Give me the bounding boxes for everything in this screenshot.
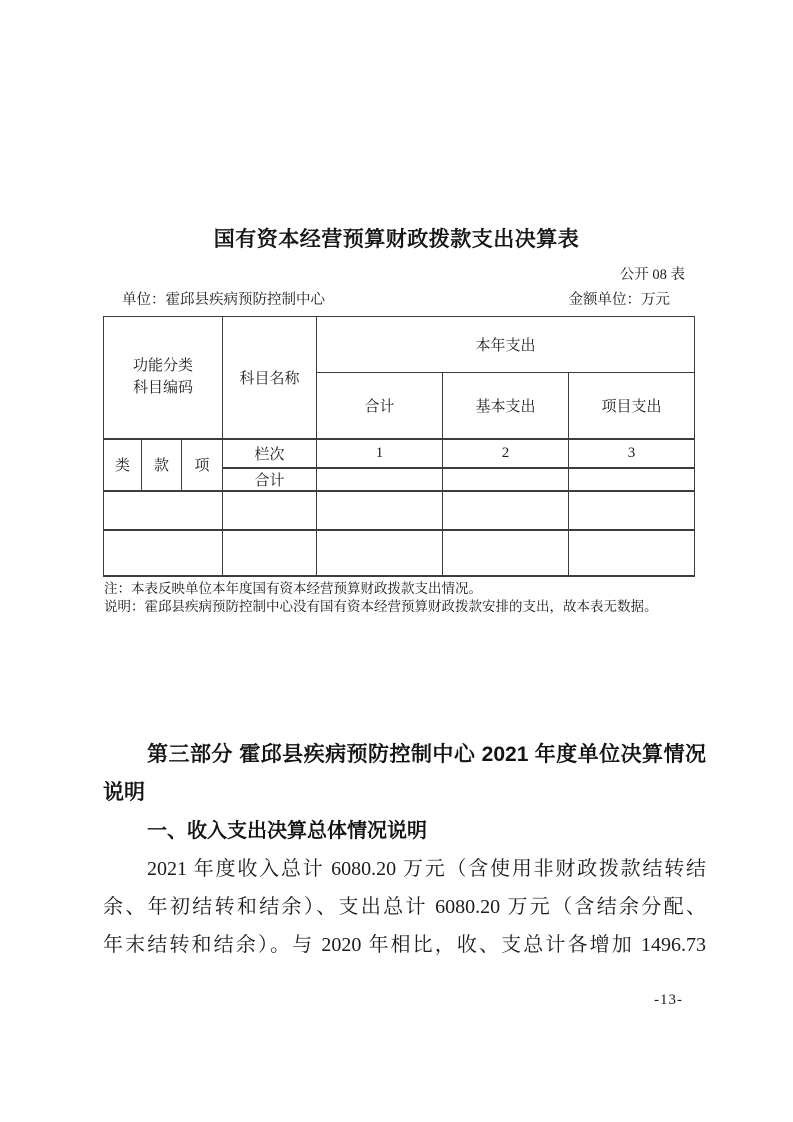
empty-subject-cell xyxy=(223,491,317,530)
empty-subject-cell xyxy=(223,530,317,576)
empty-basic-cell xyxy=(443,530,569,576)
budget-expenditure-table: 功能分类 科目编码 科目名称 本年支出 合计 基本支出 项目支出 类 款 项 栏… xyxy=(103,316,695,577)
table-empty-row-2 xyxy=(104,530,695,576)
th-current-year-expenditure: 本年支出 xyxy=(317,317,695,373)
empty-code-cell xyxy=(104,491,223,530)
empty-basic-cell xyxy=(443,491,569,530)
th-project-expenditure: 项目支出 xyxy=(569,373,695,439)
cell-column-index-1: 1 xyxy=(317,439,443,468)
table-notes: 注：本表反映单位本年度国有资本经营预算财政拨款支出情况。 说明：霍邱县疾病预防控… xyxy=(104,580,704,616)
page-number: -13- xyxy=(654,992,683,1009)
th-functional-code: 功能分类 科目编码 xyxy=(104,317,223,439)
paragraph-line-3: 年末结转和结余）。与 2020 年相比，收、支总计各增加 1496.73 xyxy=(103,926,706,964)
th-total: 合计 xyxy=(317,373,443,439)
document-page: 国有资本经营预算财政拨款支出决算表 公开 08 表 单位：霍邱县疾病预防控制中心… xyxy=(0,0,793,1122)
amount-unit-label: 金额单位：万元 xyxy=(569,288,695,309)
cell-section: 款 xyxy=(142,439,182,491)
cell-column-index-3: 3 xyxy=(569,439,695,468)
cell-column-index-2: 2 xyxy=(443,439,569,468)
empty-code-cell xyxy=(104,530,223,576)
table-header-row-1: 功能分类 科目编码 科目名称 本年支出 xyxy=(104,317,695,373)
empty-total-cell xyxy=(317,491,443,530)
section-heading-line-1: 第三部分 霍邱县疾病预防控制中心 2021 年度单位决算情况 xyxy=(103,736,706,774)
section-heading-line-2: 说明 xyxy=(103,774,706,812)
table-meta-row: 单位：霍邱县疾病预防控制中心 金额单位：万元 xyxy=(103,288,694,309)
cell-total-label: 合计 xyxy=(223,468,317,491)
empty-project-cell xyxy=(569,530,695,576)
cell-item: 项 xyxy=(182,439,223,491)
paragraph-line-2: 余、年初结转和结余）、支出总计 6080.20 万元（含结余分配、 xyxy=(103,888,706,926)
cell-project-value xyxy=(569,468,695,491)
section-three: 第三部分 霍邱县疾病预防控制中心 2021 年度单位决算情况 说明 一、收入支出… xyxy=(103,736,706,964)
empty-total-cell xyxy=(317,530,443,576)
table-index-row: 类 款 项 栏次 1 2 3 xyxy=(104,439,695,468)
table-empty-row-1 xyxy=(104,491,695,530)
paragraph-line-1: 2021 年度收入总计 6080.20 万元（含使用非财政拨款结转结 xyxy=(103,850,706,888)
public-table-number: 公开 08 表 xyxy=(620,263,685,284)
cell-total-value xyxy=(317,468,443,491)
th-subject-name: 科目名称 xyxy=(223,317,317,439)
table-explanation: 说明：霍邱县疾病预防控制中心没有国有资本经营预算财政拨款安排的支出，故本表无数据… xyxy=(104,598,704,616)
cell-basic-value xyxy=(443,468,569,491)
cell-column-label: 栏次 xyxy=(223,439,317,468)
empty-project-cell xyxy=(569,491,695,530)
section-subheading: 一、收入支出决算总体情况说明 xyxy=(103,812,706,850)
cell-category: 类 xyxy=(104,439,142,491)
table-note: 注：本表反映单位本年度国有资本经营预算财政拨款支出情况。 xyxy=(104,580,704,598)
unit-label: 单位：霍邱县疾病预防控制中心 xyxy=(103,288,325,309)
document-title: 国有资本经营预算财政拨款支出决算表 xyxy=(0,223,793,253)
th-basic-expenditure: 基本支出 xyxy=(443,373,569,439)
